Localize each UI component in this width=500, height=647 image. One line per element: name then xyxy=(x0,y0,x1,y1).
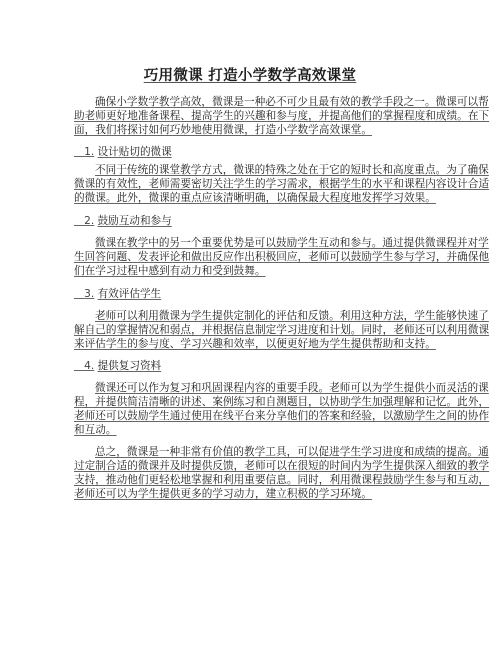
document-title: 巧用微课 打造小学数学高效课堂 xyxy=(0,64,500,85)
paragraph-line: 生回答问题、发表评论和做出反应作出积极回应，老师可以鼓励学生参与学习，并确保他 xyxy=(74,250,489,264)
paragraph-line: 微课还可以作为复习和巩固课程内容的重要手段。老师可以为学生提供小而灵活的课 xyxy=(95,381,489,395)
paragraph-line: 们在学习过程中感到有动力和受到鼓舞。 xyxy=(74,264,266,278)
section-number: 1. xyxy=(84,146,94,158)
conclusion-line: 总之，微课是一种非常有价值的教学工具，可以促进学生学习进度和成绩的提高。通 xyxy=(95,445,489,459)
intro-line: 助老师更好地准备课程、提高学生的兴趣和参与度，并提高他们的掌握程度和成绩。在下 xyxy=(74,109,489,123)
section-heading-text: 鼓励互动和参与 xyxy=(98,215,172,227)
paragraph-line: 微课的有效性，老师需要密切关注学生的学习需求，根据学生的水平和课程内容设计合适 xyxy=(74,177,489,191)
section-heading-text: 有效评估学生 xyxy=(98,288,162,300)
paragraph-line: 解自己的掌握情况和弱点，并根据信息制定学习进度和计划。同时，老师还可以利用微课 xyxy=(74,323,489,337)
section-heading-text: 设计贴切的微课 xyxy=(98,146,172,158)
section-heading-1: 1. 设计贴切的微课 xyxy=(74,145,172,159)
intro-line: 确保小学数学教学高效，微课是一种必不可少且最有效的教学手段之一。微课可以帮 xyxy=(95,95,489,109)
conclusion-line: 过定制合适的微课并及时提供反馈，老师可以在很短的时间内为学生提供深入细致的教学 xyxy=(74,459,489,473)
paragraph-line: 和互动。 xyxy=(74,423,117,437)
paragraph-line: 的微课。此外，微课的重点应该清晰明确，以确保最大程度地发挥学习效果。 xyxy=(74,191,436,205)
paragraph-line: 来评估学生的参与度、学习兴趣和效率，以便更好地为学生提供帮助和支持。 xyxy=(74,337,436,351)
section-number: 4. xyxy=(84,360,94,372)
conclusion-line: 老师还可以为学生提供更多的学习动力，建立积极的学习环境。 xyxy=(74,487,372,501)
paragraph-line: 程，并提供简洁清晰的讲述、案例练习和自测题目，以协助学生加强理解和记忆。此外， xyxy=(74,395,489,409)
section-heading-4: 4. 提供复习资料 xyxy=(74,359,161,373)
paragraph-line: 不同于传统的课堂教学方式，微课的特殊之处在于它的短时长和高度重点。为了确保 xyxy=(95,163,489,177)
section-heading-2: 2. 鼓励互动和参与 xyxy=(74,214,172,228)
paragraph-line: 老师还可以鼓励学生通过使用在线平台来分享他们的答案和经验，以激励学生之间的协作 xyxy=(74,409,489,423)
paragraph-line: 老师可以利用微课为学生提供定制化的评估和反馈。利用这种方法，学生能够快速了 xyxy=(95,309,489,323)
intro-line: 面，我们将探讨如何巧妙地使用微课，打造小学数学高效课堂。 xyxy=(74,123,372,137)
paragraph-line: 微课在教学中的另一个重要优势是可以鼓励学生互动和参与。通过提供微课程并对学 xyxy=(95,236,489,250)
section-number: 3. xyxy=(84,288,94,300)
section-heading-3: 3. 有效评估学生 xyxy=(74,287,161,301)
title-text: 巧用微课 打造小学数学高效课堂 xyxy=(144,68,357,84)
section-heading-text: 提供复习资料 xyxy=(98,360,162,372)
section-number: 2. xyxy=(84,215,94,227)
document-page: 巧用微课 打造小学数学高效课堂 确保小学数学教学高效，微课是一种必不可少且最有效… xyxy=(0,0,500,647)
conclusion-line: 支持，推动他们更轻松地掌握和利用重要信息。同时，利用微课程鼓励学生参与和互动， xyxy=(74,473,489,487)
